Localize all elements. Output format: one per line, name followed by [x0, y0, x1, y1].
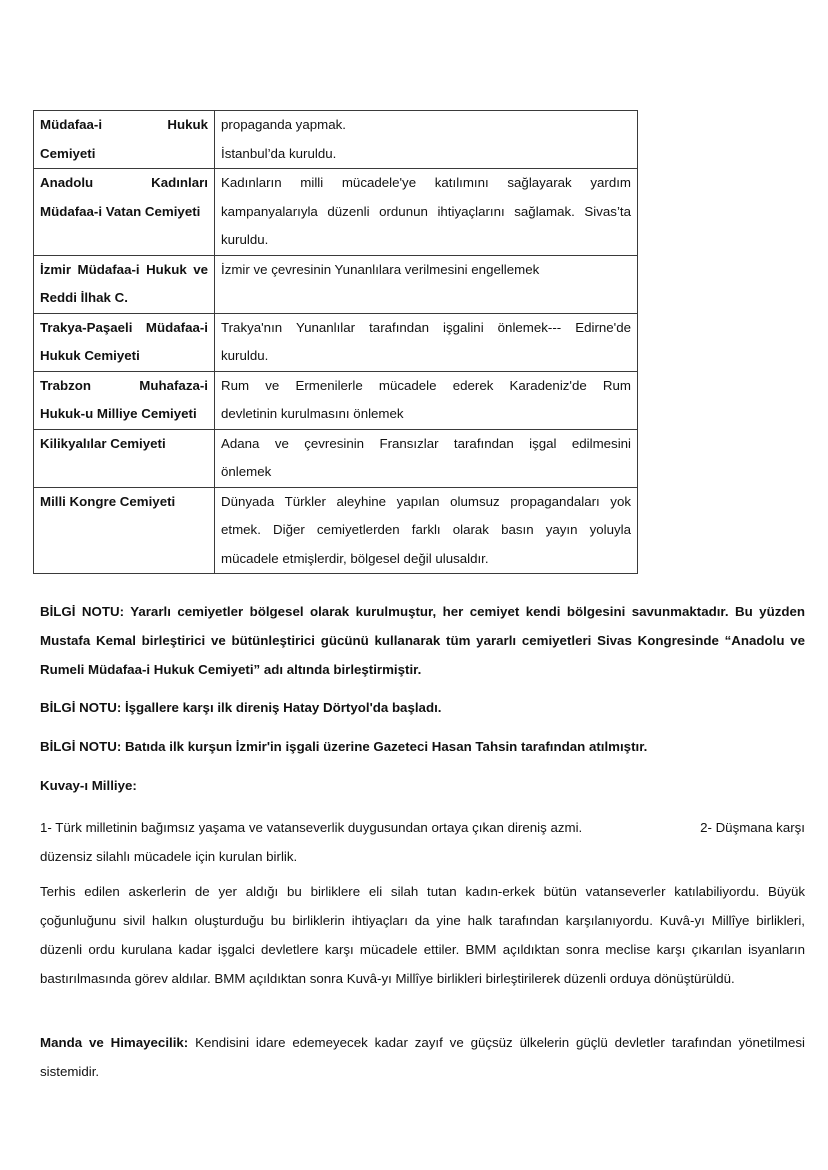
kuvay-definition-1: 1- Türk milletinin bağımsız yaşama ve va…	[40, 813, 582, 842]
table-row: Trakya-Paşaeli Müdafaa-iHukuk CemiyetiTr…	[34, 313, 638, 371]
association-description: Kadınların milli mücadele'ye katılımını …	[215, 169, 638, 256]
association-name-line: Müdafaa-i Hukuk	[40, 111, 208, 140]
info-note-first-bullet: BİLGİ NOTU: Batıda ilk kurşun İzmir'in i…	[40, 732, 805, 761]
association-name: Anadolu KadınlarıMüdafaa-i Vatan Cemiyet…	[34, 169, 215, 256]
association-description-line: Rum ve Ermenilerle mücadele ederek Karad…	[221, 372, 631, 401]
table-row: İzmir Müdafaa-i Hukuk veReddi İlhak C.İz…	[34, 255, 638, 313]
association-name: Milli Kongre Cemiyeti	[34, 487, 215, 574]
association-description: Adana ve çevresinin Fransızlar tarafında…	[215, 429, 638, 487]
kuvay-definition-2-rest: düzensiz silahlı mücadele için kurulan b…	[40, 842, 805, 871]
association-name-line: İzmir Müdafaa-i Hukuk ve	[40, 256, 208, 285]
association-name-line: Reddi İlhak C.	[40, 284, 208, 313]
association-description-line: mücadele etmişlerdir, bölgesel değil ulu…	[221, 545, 631, 574]
association-name: İzmir Müdafaa-i Hukuk veReddi İlhak C.	[34, 255, 215, 313]
association-name-line: Trakya-Paşaeli Müdafaa-i	[40, 314, 208, 343]
association-name: Trakya-Paşaeli Müdafaa-iHukuk Cemiyeti	[34, 313, 215, 371]
kuvay-definition-2-start: 2- Düşmana karşı	[700, 813, 805, 842]
info-note-first-resistance: BİLGİ NOTU: İşgallere karşı ilk direniş …	[40, 693, 805, 722]
association-description: propaganda yapmak.İstanbul’da kuruldu.	[215, 111, 638, 169]
association-name-line: Hukuk-u Milliye Cemiyeti	[40, 400, 208, 429]
kuvay-definition: 1- Türk milletinin bağımsız yaşama ve va…	[40, 813, 805, 842]
association-description: İzmir ve çevresinin Yunanlılara verilmes…	[215, 255, 638, 313]
manda-term: Manda ve Himayecilik:	[40, 1035, 188, 1050]
association-description-line: kuruldu.	[221, 342, 631, 371]
info-note-unification: BİLGİ NOTU: Yararlı cemiyetler bölgesel …	[40, 597, 805, 684]
association-name-line: Cemiyeti	[40, 140, 208, 169]
association-name-line: Hukuk Cemiyeti	[40, 342, 208, 371]
association-description-line: Trakya'nın Yunanlılar tarafından işgalin…	[221, 314, 631, 343]
association-name-line: Milli Kongre Cemiyeti	[40, 488, 208, 517]
association-description-line: önlemek	[221, 458, 631, 487]
association-description-line: Kadınların milli mücadele'ye katılımını …	[221, 169, 631, 198]
table-row: Müdafaa-i HukukCemiyetipropaganda yapmak…	[34, 111, 638, 169]
association-name: Trabzon Muhafaza-iHukuk-u Milliye Cemiye…	[34, 371, 215, 429]
table-row: Kilikyalılar CemiyetiAdana ve çevresinin…	[34, 429, 638, 487]
association-description-line: propaganda yapmak.	[221, 111, 631, 140]
association-description-line: devletinin kurulmasını önlemek	[221, 400, 631, 429]
kuvay-heading: Kuvay-ı Milliye:	[40, 771, 805, 800]
association-description: Rum ve Ermenilerle mücadele ederek Karad…	[215, 371, 638, 429]
association-name-line: Kilikyalılar Cemiyeti	[40, 430, 208, 459]
association-description-line: kampanyalarıyla düzenli ordunun ihtiyaçl…	[221, 198, 631, 227]
association-description-line: Adana ve çevresinin Fransızlar tarafında…	[221, 430, 631, 459]
association-name: Müdafaa-i HukukCemiyeti	[34, 111, 215, 169]
kuvay-paragraph: Terhis edilen askerlerin de yer aldığı b…	[40, 877, 805, 993]
associations-table: Müdafaa-i HukukCemiyetipropaganda yapmak…	[33, 110, 638, 574]
association-description-line: İzmir ve çevresinin Yunanlılara verilmes…	[221, 256, 631, 285]
association-name: Kilikyalılar Cemiyeti	[34, 429, 215, 487]
table-row: Trabzon Muhafaza-iHukuk-u Milliye Cemiye…	[34, 371, 638, 429]
association-name-line: Müdafaa-i Vatan Cemiyeti	[40, 198, 208, 227]
association-description: Trakya'nın Yunanlılar tarafından işgalin…	[215, 313, 638, 371]
association-description-line: İstanbul’da kuruldu.	[221, 140, 631, 169]
table-row: Milli Kongre CemiyetiDünyada Türkler ale…	[34, 487, 638, 574]
association-description-line: kuruldu.	[221, 226, 631, 255]
association-description: Dünyada Türkler aleyhine yapılan olumsuz…	[215, 487, 638, 574]
association-name-line: Anadolu Kadınları	[40, 169, 208, 198]
table-row: Anadolu KadınlarıMüdafaa-i Vatan Cemiyet…	[34, 169, 638, 256]
manda-definition: Manda ve Himayecilik: Kendisini idare ed…	[40, 1028, 805, 1086]
association-description-line: etmek. Diğer cemiyetlerden farklı olarak…	[221, 516, 631, 545]
notes-section: BİLGİ NOTU: Yararlı cemiyetler bölgesel …	[40, 597, 805, 684]
association-name-line: Trabzon Muhafaza-i	[40, 372, 208, 401]
association-description-line: Dünyada Türkler aleyhine yapılan olumsuz…	[221, 488, 631, 517]
